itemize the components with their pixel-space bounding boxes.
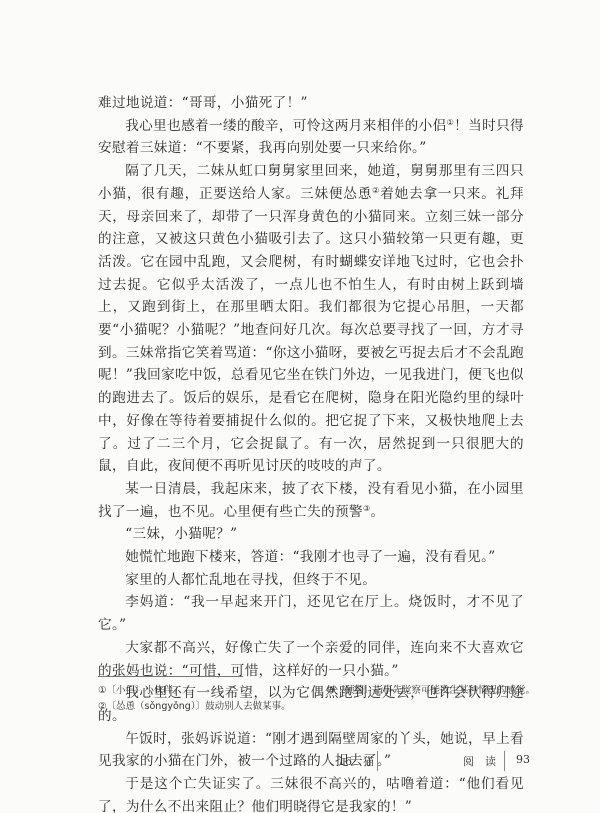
paragraph-text: 难过地说道：“哥哥，小猫死了！” xyxy=(98,95,308,111)
paragraph: 家里的人都忙乱地在寻找，但终于不见。 xyxy=(98,569,524,592)
paragraph: 李妈道：“我一早起来开门，还见它在厅上。烧饭时，才不见了它。” xyxy=(98,591,524,636)
paragraph: 某一日清晨，我起床来，披了衣下楼，没有看见小猫，在小园里找了一遍，也不见。心里便… xyxy=(98,478,524,523)
footnote-3: ③〔预警〕指事先觉察可能发生某种情况的感觉。 xyxy=(327,683,547,699)
page-number: 93 xyxy=(516,753,530,766)
footer-divider xyxy=(377,751,378,771)
footnote-ref[interactable]: ② xyxy=(372,186,380,195)
paragraph-text: 某一日清晨，我起床来，披了衣下楼，没有看见小猫，在小园里找了一遍，也不见。心里便… xyxy=(98,481,524,520)
paragraph: “三妹，小猫呢？” xyxy=(98,523,524,546)
footnote-divider xyxy=(98,676,243,677)
footnote-mark: ③ xyxy=(327,685,336,696)
page-footer: 16 猫 阅 读 93 xyxy=(0,751,600,769)
paragraph: 她慌忙地跑下楼来，答道：“我刚才也寻了一遍，没有看见。” xyxy=(98,546,524,569)
footnote-2: ②〔怂恿（sǒngyǒng）〕鼓动别人去做某事。 xyxy=(98,699,318,715)
paragraph-text: 。 xyxy=(370,504,384,520)
paragraph: 隔了几天，二妹从虹口舅舅家里回来，她道，舅舅那里有三四只小猫，很有趣，正要送给人… xyxy=(98,160,524,478)
footnote-text: 〔怂恿（sǒngyǒng）〕鼓动别人去做某事。 xyxy=(107,701,291,712)
footnote-1: ①〔小侣〕小伙伴。 xyxy=(98,683,318,699)
footer-divider xyxy=(504,751,505,771)
footnote-mark: ② xyxy=(98,701,107,712)
section-label: 阅 读 xyxy=(463,753,496,769)
lesson-title: 16 猫 xyxy=(338,753,374,769)
paragraph: 难过地说道：“哥哥，小猫死了！” xyxy=(98,92,524,115)
footnotes-left: ①〔小侣〕小伙伴。 ②〔怂恿（sǒngyǒng）〕鼓动别人去做某事。 xyxy=(98,683,318,715)
footnote-mark: ① xyxy=(98,685,107,696)
footnotes-right: ③〔预警〕指事先觉察可能发生某种情况的感觉。 xyxy=(327,683,547,699)
paragraph-text: 我心里也感着一缕的酸辛，可怜这两月来相伴的小侣 xyxy=(125,118,446,134)
paragraph-text: 着她去拿一只来。礼拜天，母亲回来了，却带了一只浑身黄色的小猫同来。立刻三妹一部分… xyxy=(98,186,524,474)
footnote-text: 〔预警〕指事先觉察可能发生某种情况的感觉。 xyxy=(336,685,536,696)
paragraph: 于是这个亡失证实了。三妹很不高兴的，咕噜着道：“他们看见了，为什么不出来阻止？他… xyxy=(98,773,524,813)
paragraph: 我心里也感着一缕的酸辛，可怜这两月来相伴的小侣①！当时只得安慰着三妹道：“不要紧… xyxy=(98,115,524,160)
footnote-text: 〔小侣〕小伙伴。 xyxy=(107,685,183,696)
